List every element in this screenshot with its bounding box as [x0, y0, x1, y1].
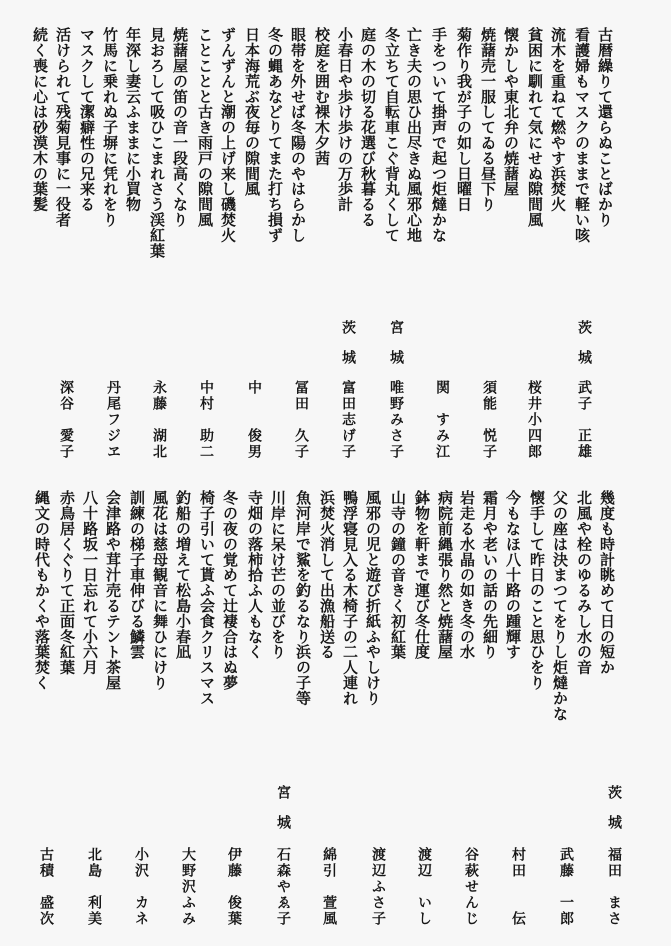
haiku-column: 日本海荒ぶ夜毎の隙間風 — [244, 27, 260, 196]
author-name: 武藤 一郎 — [558, 847, 573, 927]
haiku-column: 浜焚火消して出漁船送る — [319, 490, 335, 659]
haiku-column: 冬立ちて自転車こぐ背丸くして — [384, 27, 400, 243]
haiku-column: 霜月や老いの話の先細り — [482, 490, 498, 659]
author-name: 大野沢ふみ — [180, 847, 195, 927]
author-name: 渡辺ふさ子 — [370, 847, 385, 927]
haiku-column: 八十路坂一日忘れて小六月 — [82, 490, 98, 675]
author-name: 永藤 湖北 — [151, 380, 166, 460]
haiku-column: 手をついて掛声で起つ炬燵かな — [431, 27, 447, 243]
haiku-column: 亡き夫の思ひ出尽きぬ風邪心地 — [406, 27, 422, 243]
haiku-column: 看護婦もマスクのままで軽い咳 — [574, 27, 590, 243]
author-name: 中 俊男 — [246, 380, 261, 460]
haiku-column: 眼帯を外せば冬陽のやはらかし — [290, 27, 306, 243]
author-name: 小沢 カネ — [133, 847, 148, 927]
haiku-column: 竹馬に乗れぬ子塀に凭れをり — [102, 27, 118, 227]
upper-tier: 古暦繰りて還らぬことばかり 看護婦もマスクのままで軽い咳 流木を重ねて燃やす浜焚… — [0, 0, 671, 470]
haiku-column: 風邪の児と遊び折紙ふやしけり — [365, 490, 381, 706]
haiku-column: 年深し妻云ふままに小買物 — [125, 27, 141, 212]
haiku-column: 鴨浮寝見入る木椅子の二人連れ — [342, 490, 358, 706]
haiku-column: 会津路や茸汁売るテント茶屋 — [105, 490, 121, 690]
haiku-column: ずんずんと潮の上げ来し磯焚火 — [220, 27, 236, 243]
haiku-column: 小春日や歩け歩けの万歩計 — [337, 27, 353, 212]
haiku-column: マスクして潔癖性の兄来る — [79, 27, 95, 212]
haiku-column: 釣船の増えて松島小春凪 — [175, 490, 191, 659]
haiku-column: 流木を重ねて燃やす浜焚火 — [550, 27, 566, 212]
author-name: 石森やゑ子 — [275, 847, 290, 927]
author-name: 村田 伝 — [510, 847, 525, 927]
haiku-column: 川岸に呆け芒の並びをり — [270, 490, 286, 659]
haiku-column: 庭の木の切る花選び秋暮るる — [360, 27, 376, 227]
haiku-column: 北風や栓のゆるみし水の音 — [576, 490, 592, 675]
haiku-column: 山寺の鐘の音きく初紅葉 — [390, 490, 406, 659]
author-name: 桜井小四郎 — [526, 380, 541, 460]
haiku-column: 懐かしや東北弁の焼藷屋 — [503, 27, 519, 196]
haiku-column: 赤鳥居くぐりて正面冬紅葉 — [59, 490, 75, 675]
author-prefecture: 茨城 — [606, 785, 621, 845]
haiku-column: ことことと古き雨戸の隙間風 — [197, 27, 213, 227]
author-name: 谷萩せんじ — [463, 847, 478, 927]
haiku-column: 校庭を囲む裸木夕茜 — [314, 27, 330, 166]
author-name: 深谷 愛子 — [58, 380, 73, 460]
author-name: 綿引 萱風 — [321, 847, 336, 927]
haiku-column: 続く喪に心は砂漠木の葉髪 — [32, 27, 48, 212]
haiku-column: 菊作り我が子の如し日曜日 — [456, 27, 472, 212]
lower-tier: 幾度も時計眺めて日の短か 北風や栓のゆるみし水の音 父の座は決まつてをりし炬燵か… — [0, 463, 671, 946]
haiku-column: 懐手して昨日のこと思ひをり — [529, 490, 545, 690]
author-name: 冨田 久子 — [293, 380, 308, 460]
author-name: 北島 利美 — [86, 847, 101, 927]
author-prefecture: 茨城 — [340, 320, 355, 380]
author-name: 福田 まさ — [606, 847, 621, 927]
author-name: 須能 悦子 — [481, 380, 496, 460]
haiku-page: 古暦繰りて還らぬことばかり 看護婦もマスクのままで軽い咳 流木を重ねて燃やす浜焚… — [0, 0, 671, 946]
haiku-column: 焼藷屋の笛の音一段高くなり — [172, 27, 188, 227]
haiku-column: 幾度も時計眺めて日の短か — [599, 490, 615, 675]
haiku-column: 病院前縄張り然と焼藷屋 — [437, 490, 453, 659]
haiku-column: 風花は慈母観音に舞ひにけり — [152, 490, 168, 690]
author-prefecture: 茨城 — [576, 320, 591, 380]
haiku-column: 寺畑の落柿拾ふ人もなく — [247, 490, 263, 659]
author-name: 関 すみ江 — [434, 380, 449, 460]
haiku-column: 活けられて残菊見事に一役者 — [55, 27, 71, 227]
haiku-column: 焼藷売一服してゐる昼下り — [480, 27, 496, 212]
haiku-column: 父の座は決まつてをりし炬燵かな — [552, 490, 568, 721]
haiku-column: 今もなほ八十路の踵輝す — [505, 490, 521, 659]
haiku-column: 椅子引いて貰ふ会食クリスマス — [199, 490, 215, 706]
haiku-column: 鉢物を軒まで運び冬仕度 — [414, 490, 430, 659]
author-name: 渡辺 いし — [416, 847, 431, 927]
author-name: 武子 正雄 — [576, 380, 591, 460]
author-name: 中村 助二 — [198, 380, 213, 460]
haiku-column: 冬の夜の覚めて辻褄合はぬ夢 — [222, 490, 238, 690]
haiku-column: 訓練の梯子車伸びる鱗雲 — [129, 490, 145, 659]
author-name: 富田志げ子 — [340, 380, 355, 460]
author-name: 丹尾フジヱ — [105, 380, 120, 460]
author-name: 唯野みさ子 — [388, 380, 403, 460]
haiku-column: 見おろして吸ひこまれさう渓紅葉 — [149, 27, 165, 258]
haiku-column: 古暦繰りて還らぬことばかり — [597, 27, 613, 227]
haiku-column: 岩走る水晶の如き冬の水 — [459, 490, 475, 659]
author-name: 古積 盛次 — [38, 847, 53, 927]
haiku-column: 縄文の時代もかくや落葉焚く — [34, 490, 50, 690]
author-prefecture: 宮城 — [275, 785, 290, 845]
haiku-column: 貧困に馴れて気にせぬ隙間風 — [527, 27, 543, 227]
author-prefecture: 宮城 — [388, 320, 403, 380]
haiku-column: 冬の蝿あなどりてまた打ち損ず — [267, 27, 283, 243]
author-name: 伊藤 俊葉 — [226, 847, 241, 927]
haiku-column: 魚河岸で鯊を釣るなり浜の子等 — [295, 490, 311, 706]
